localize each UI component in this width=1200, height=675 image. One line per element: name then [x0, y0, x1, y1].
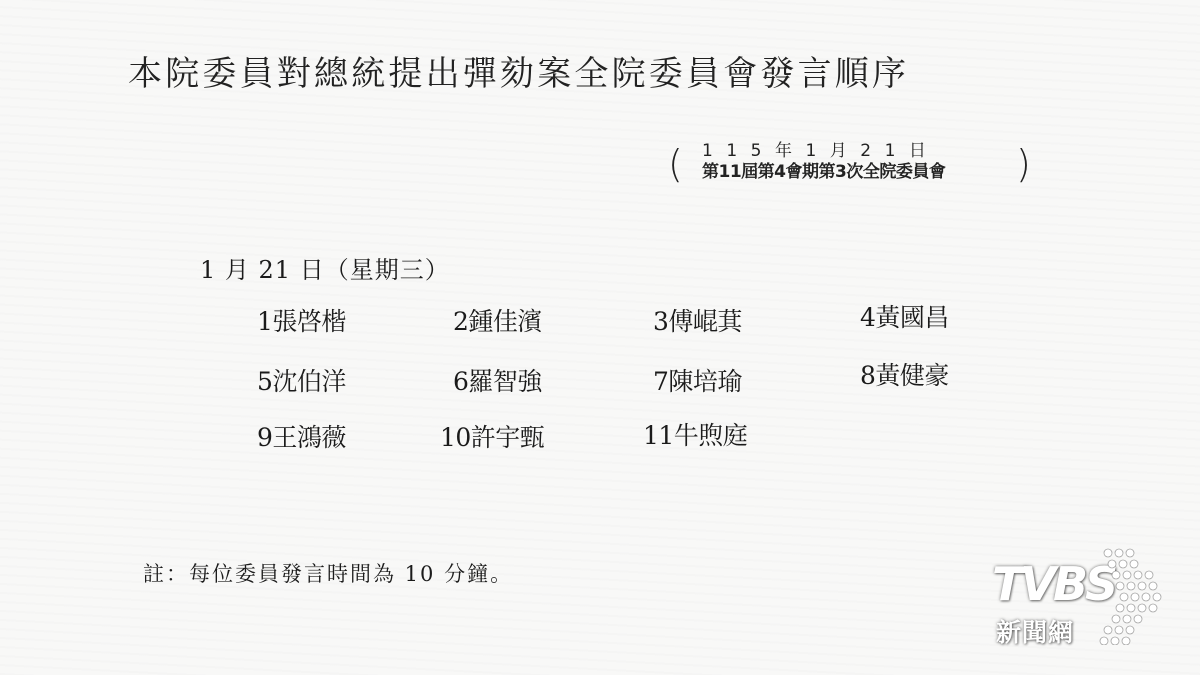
speaker-item: 10許宇甄 — [440, 418, 544, 454]
session-meeting: 第11屆第4會期第3次全院委員會 — [702, 162, 945, 182]
document-page: 本院委員對總統提出彈劾案全院委員會發言順序 ( 115年1月21日 第11屆第4… — [0, 0, 1200, 675]
speaker-item: 7陳培瑜 — [653, 362, 742, 398]
speaker-item: 2鍾佳濱 — [453, 302, 542, 338]
speaker-item: 9王鴻薇 — [257, 418, 346, 454]
document-title: 本院委員對總統提出彈劾案全院委員會發言順序 — [128, 46, 909, 95]
speaker-item: 11牛煦庭 — [643, 416, 747, 452]
speaker-item: 5沈伯洋 — [257, 362, 346, 398]
dot-arrow-icon — [1098, 545, 1168, 645]
speaker-item: 1張啓楷 — [257, 302, 346, 338]
speaker-item: 3傅崐萁 — [653, 302, 742, 338]
open-parenthesis: ( — [668, 142, 683, 186]
speaker-item: 6羅智強 — [453, 362, 542, 398]
tvbs-logo-subtitle: 新聞網 — [996, 613, 1074, 649]
session-date: 115年1月21日 — [702, 141, 939, 161]
tvbs-watermark: TVBS 新聞網 — [986, 543, 1176, 653]
session-info: ( 115年1月21日 第11屆第4會期第3次全院委員會 ) — [668, 140, 1048, 192]
speaker-item: 8黃健豪 — [860, 356, 949, 392]
close-parenthesis: ) — [1016, 142, 1031, 186]
footnote: 註：每位委員發言時間為 10 分鐘。 — [143, 558, 513, 588]
speaker-item: 4黃國昌 — [860, 298, 949, 334]
tvbs-logo-text: TVBS — [992, 557, 1115, 611]
day-heading: 1 月 21 日（星期三） — [200, 250, 450, 285]
